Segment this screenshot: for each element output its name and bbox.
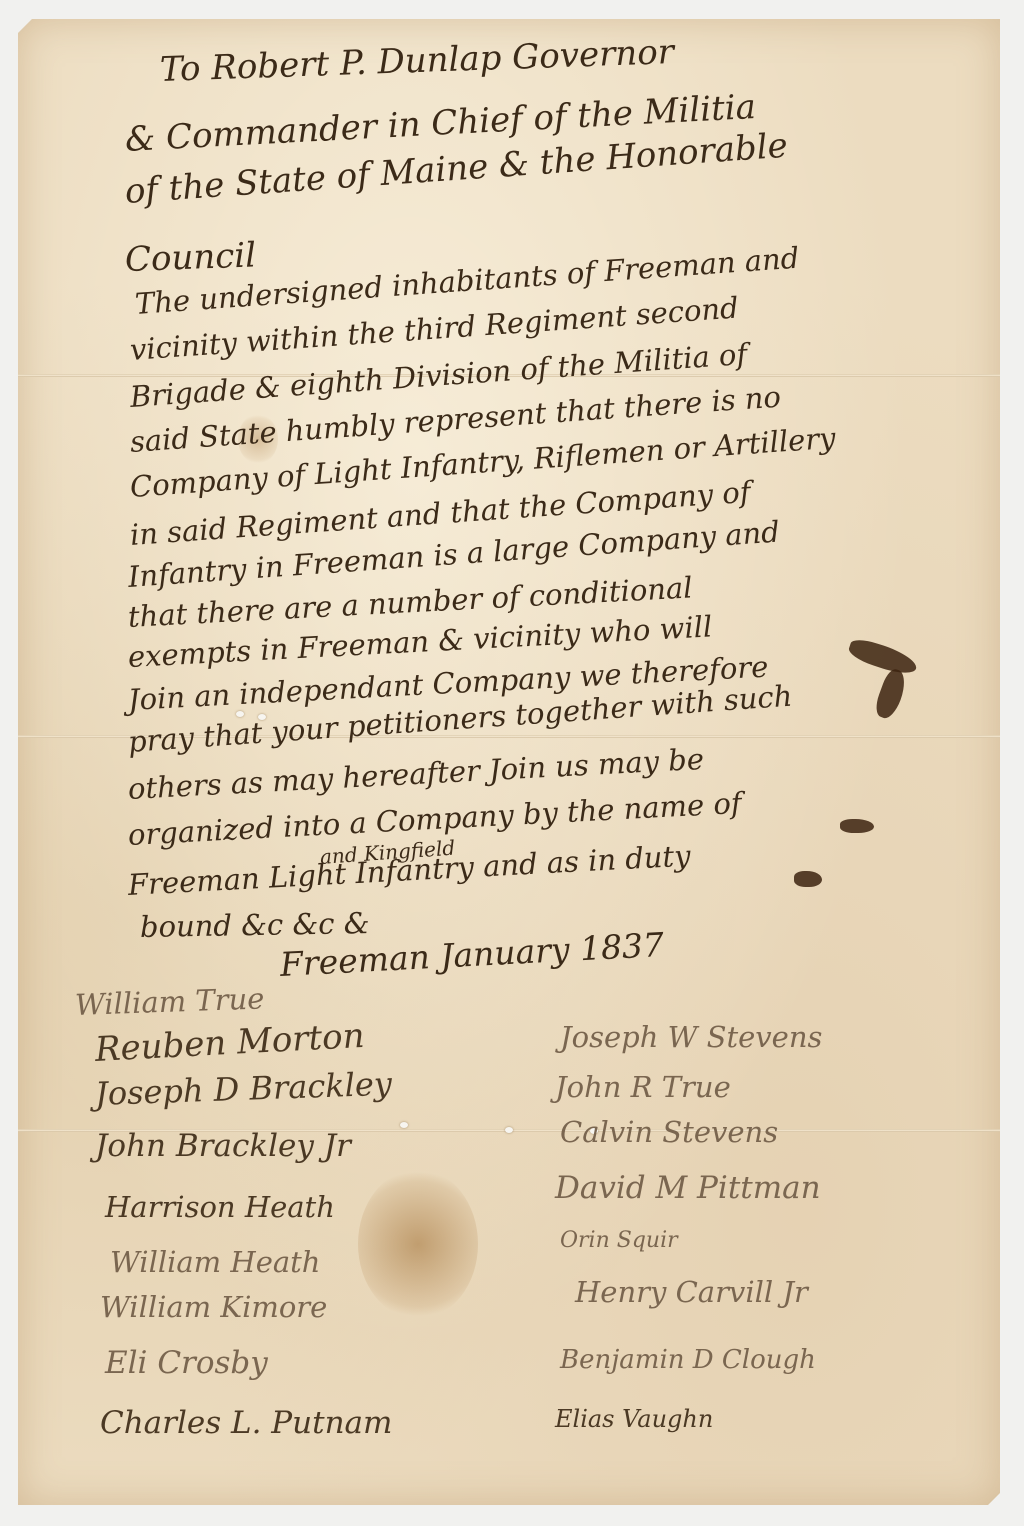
water-stain [358, 1169, 478, 1319]
signature: Harrison Heath [105, 1190, 335, 1224]
signature: William True [74, 981, 265, 1022]
signature: Orin Squir [560, 1228, 678, 1253]
signature: Henry Carvill Jr [575, 1275, 808, 1309]
signature: Calvin Stevens [560, 1115, 778, 1149]
signature: Charles L. Putnam [100, 1405, 392, 1441]
ink-blot [846, 636, 919, 679]
signature: John R True [555, 1070, 731, 1104]
address-line-4: Council [124, 235, 256, 280]
signature: Joseph W Stevens [560, 1020, 822, 1054]
signature: David M Pittman [555, 1170, 821, 1206]
signature: Eli Crosby [105, 1345, 268, 1381]
ink-blot [794, 871, 822, 887]
signature: William Kimore [100, 1290, 327, 1324]
paper-hole [505, 1127, 513, 1133]
signature: Elias Vaughn [555, 1405, 713, 1433]
signature: William Heath [110, 1245, 320, 1279]
signature: John Brackley Jr [95, 1128, 351, 1164]
signature: Benjamin D Clough [560, 1345, 816, 1375]
ink-blot [840, 819, 874, 833]
body-line-15: bound &c &c & [140, 906, 370, 944]
paper-hole [400, 1122, 408, 1128]
ink-blot [872, 667, 910, 722]
